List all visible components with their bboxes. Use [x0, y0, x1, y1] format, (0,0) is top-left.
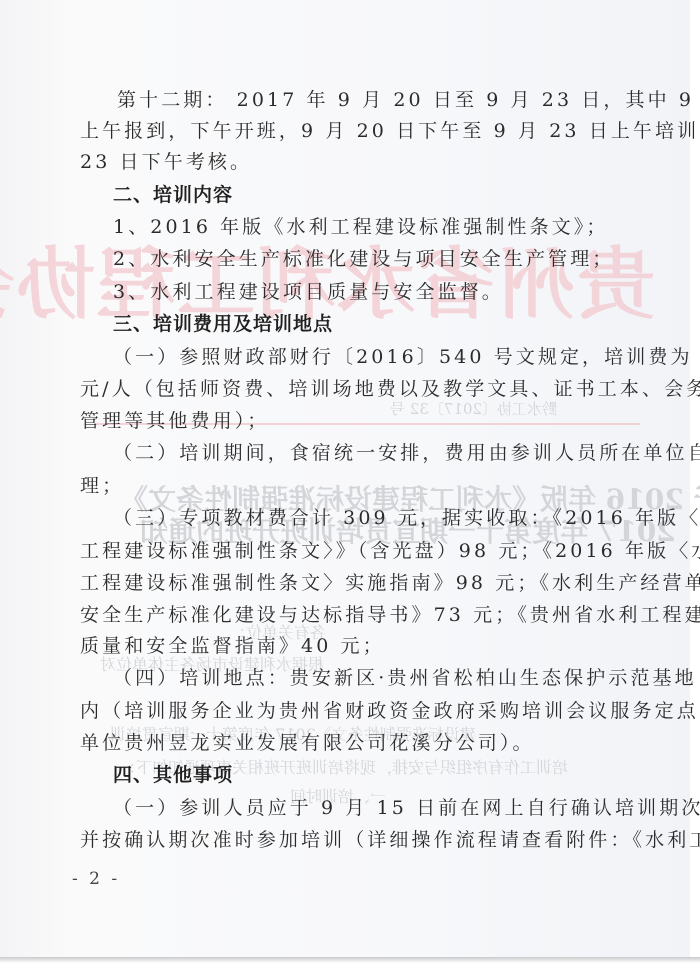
- text-line: 质量和安全监督指南》40 元；: [80, 634, 385, 658]
- page-number: - 2 -: [72, 869, 120, 889]
- text-line: 元/人（包括师资费、培训场地费以及教学文具、证书工本、会务: [80, 377, 700, 401]
- section-heading-other-matters: 四、其他事项: [113, 763, 233, 787]
- text-line: （二）培训期间，食宿统一安排，费用由参训人员所在单位自: [113, 441, 700, 465]
- text-line: 管理等其他费用）；: [80, 409, 269, 433]
- section-heading-fees-location: 三、培训费用及培训地点: [113, 312, 333, 336]
- text-line: （三）专项教材费合计 309 元，据实收取：《2016 年版〈水利: [113, 506, 700, 530]
- text-line: （一）参训人员应于 9 月 15 日前在网上自行确认培训期次，: [113, 796, 700, 820]
- text-line: 并按确认期次准时参加培训（详细操作流程请查看附件：《水利工: [80, 828, 700, 852]
- page-edge-bottom: [0, 957, 700, 963]
- text-line: 单位贵州昱龙实业发展有限公司花溪分公司）。: [80, 731, 535, 755]
- text-line: 第十二期： 2017 年 9 月 20 日至 9 月 23 日，其中 9 月 2…: [117, 88, 700, 112]
- text-line: 3、水利工程建设项目质量与安全监督。: [113, 280, 504, 304]
- text-line: 23 日下午考核。: [80, 150, 252, 174]
- text-line: 工程建设标准强制性条文〉实施指南》98 元；《水利生产经营单位: [80, 571, 700, 595]
- text-line: 安全生产标准化建设与达标指导书》73 元；《贵州省水利工程建设: [80, 603, 700, 627]
- text-line: （一）参照财政部财行〔2016〕540 号文规定，培训费为 600: [113, 345, 700, 369]
- text-line: 2、水利安全生产标准化建设与项目安全生产管理；: [113, 247, 614, 271]
- text-line: 内（培训服务企业为贵州省财政资金政府采购培训会议服务定点: [80, 699, 699, 723]
- text-line: （四）培训地点：贵安新区·贵州省松柏山生态保护示范基地: [113, 666, 697, 690]
- text-line: 上午报到，下午开班，9 月 20 日下午至 9 月 23 日上午培训，9 月: [80, 119, 700, 143]
- section-heading-training-content: 二、培训内容: [113, 183, 233, 207]
- text-line: 理；: [80, 474, 124, 498]
- bleed-through-doc-number: 黔水工协〔2017〕32 号: [390, 398, 557, 419]
- text-line: 工程建设标准强制性条文〉》（含光盘）98 元；《2016 年版〈水利: [80, 539, 700, 563]
- text-line: 1、2016 年版《水利工程建设标准强制性条文》；: [113, 215, 608, 239]
